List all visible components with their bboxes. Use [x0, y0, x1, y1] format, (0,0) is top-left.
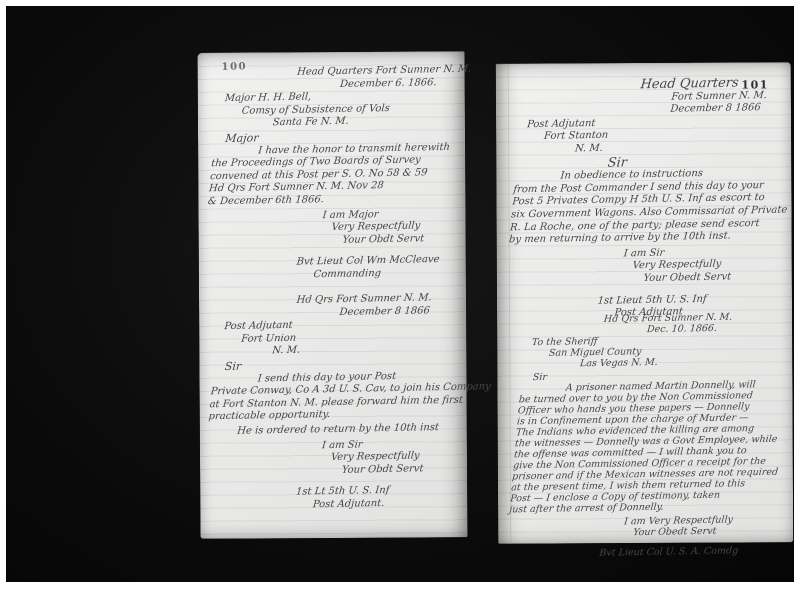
handwritten-line: Your Obedt Servt — [643, 271, 781, 286]
page-100: 100 Head Quarters Fort Sumner N. M.Decem… — [198, 51, 468, 539]
handwritten-line: He is ordered to return by the 10th inst — [237, 422, 461, 439]
scanner-bed: 100 Head Quarters Fort Sumner N. M.Decem… — [6, 6, 794, 582]
handwritten-line: Santa Fe N. M. — [272, 114, 466, 130]
handwritten-line: N. M. — [272, 342, 468, 358]
handwritten-line: Your Obdt Servt — [341, 462, 457, 477]
page-101: 101 Head QuartersFort Sumner N. M.Decemb… — [496, 62, 794, 544]
letter-dec-6-boards-of-survey: Head Quarters Fort Sumner N. M.December … — [201, 64, 471, 284]
handwritten-line: Las Vegas N. M. — [580, 355, 796, 370]
handwritten-line: Bvt Lieut Col U. S. A. Comdg — [599, 545, 779, 559]
letter-dec-8-private-conway: Hd Qrs Fort Sumner N. M.December 8 1866P… — [200, 292, 472, 514]
letter-dec-8-escort-wagons: Head QuartersFort Sumner N. M.December 8… — [502, 77, 798, 323]
handwritten-line: Commanding — [313, 267, 453, 282]
handwritten-line: Post Adjutant. — [312, 497, 454, 512]
letter-dec-10-sheriff-donnelly: Hd Qrs Fort Sumner N. M.Dec. 10. 1866.To… — [505, 311, 800, 561]
scanned-letterbook-screenshot: { "colors":{ "outer_border":"#ffffff", "… — [0, 0, 800, 589]
handwritten-line: Your Obdt Servt — [342, 232, 456, 247]
handwritten-line: Your Obedt Servt — [633, 525, 781, 539]
